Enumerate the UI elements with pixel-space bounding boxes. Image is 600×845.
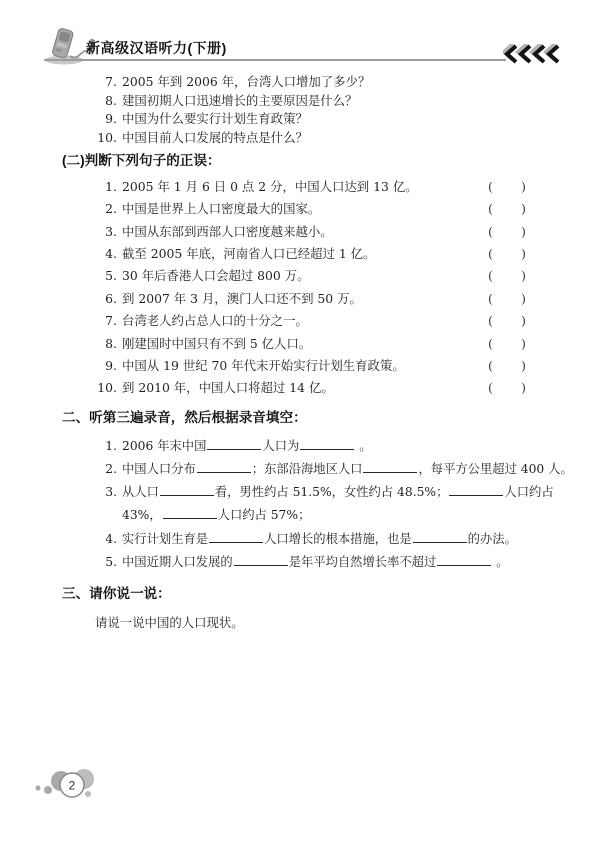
answer-paren-open: (	[488, 355, 493, 377]
answer-paren-open: (	[488, 198, 493, 220]
item-text: 到 2007 年 3 月，澳门人口还不到 50 万。	[122, 288, 488, 310]
item-number: 7.	[84, 310, 117, 332]
item-text: 2005 年 1 月 6 日 0 点 2 分，中国人口达到 13 亿。	[122, 176, 488, 198]
item-text: 台湾老人约占总人口的十分之一。	[122, 310, 488, 332]
textbook-page: 新高级汉语听力(下册) 7. 2005 年到 2006 年，台湾人口增加了多少？…	[0, 0, 600, 845]
answer-slot[interactable]: ( )	[488, 355, 526, 377]
true-false-list: 1. 2005 年 1 月 6 日 0 点 2 分，中国人口达到 13 亿。 (…	[84, 176, 572, 400]
answer-slot[interactable]: ( )	[488, 265, 526, 287]
item-text: 截至 2005 年底，河南省人口已经超过 1 亿。	[122, 243, 488, 265]
answer-slot[interactable]: ( )	[488, 333, 526, 355]
page-number: 2	[69, 779, 76, 793]
item-number: 2.	[84, 458, 117, 481]
answer-paren-close: )	[521, 310, 526, 332]
item-text: 中国从东部到西部人口密度越来越小。	[122, 221, 488, 243]
answer-paren-open: (	[488, 243, 493, 265]
item-number: 3.	[84, 481, 117, 527]
comprehension-question-list: 7. 2005 年到 2006 年，台湾人口增加了多少？ 8. 建国初期人口迅速…	[84, 73, 572, 148]
answer-paren-open: (	[488, 265, 493, 287]
fill-blank-item: 4. 实行计划生育是人口增长的根本措施，也是的办法。	[84, 528, 586, 551]
answer-paren-close: )	[521, 288, 526, 310]
answer-paren-open: (	[488, 333, 493, 355]
item-number: 1.	[84, 435, 117, 458]
answer-slot[interactable]: ( )	[488, 176, 526, 198]
answer-slot[interactable]: ( )	[488, 377, 526, 399]
fill-blank-line[interactable]	[413, 532, 467, 542]
page-content: 7. 2005 年到 2006 年，台湾人口增加了多少？ 8. 建国初期人口迅速…	[62, 73, 572, 633]
fill-blank-line[interactable]	[209, 532, 263, 542]
question-item: 8. 建国初期人口迅速增长的主要原因是什么？	[84, 92, 572, 111]
answer-paren-open: (	[488, 176, 493, 198]
fill-blank-line[interactable]	[197, 463, 251, 473]
item-text: 2005 年到 2006 年，台湾人口增加了多少？	[122, 73, 572, 92]
fill-blank-line[interactable]	[437, 555, 491, 565]
answer-slot[interactable]: ( )	[488, 243, 526, 265]
item-number: 10.	[84, 377, 117, 399]
true-false-item: 10. 到 2010 年，中国人口将超过 14 亿。 ( )	[84, 377, 572, 399]
true-false-item: 5. 30 年后香港人口会超过 800 万。 ( )	[84, 265, 572, 287]
speaking-section-heading: 三、请你说一说：	[62, 583, 572, 605]
item-number: 3.	[84, 221, 117, 243]
item-number: 4.	[84, 528, 117, 551]
answer-paren-close: )	[521, 333, 526, 355]
item-number: 6.	[84, 288, 117, 310]
fill-blank-item: 5. 中国近期人口发展的是年平均自然增长率不超过 。	[84, 551, 586, 574]
answer-paren-open: (	[488, 310, 493, 332]
true-false-item: 7. 台湾老人约占总人口的十分之一。 ( )	[84, 310, 572, 332]
item-number: 8.	[84, 333, 117, 355]
fill-blank-line[interactable]	[160, 486, 214, 496]
item-number: 5.	[84, 265, 117, 287]
answer-paren-close: )	[521, 243, 526, 265]
answer-slot[interactable]: ( )	[488, 310, 526, 332]
answer-paren-open: (	[488, 288, 493, 310]
true-false-item: 3. 中国从东部到西部人口密度越来越小。 ( )	[84, 221, 572, 243]
true-false-item: 4. 截至 2005 年底，河南省人口已经超过 1 亿。 ( )	[84, 243, 572, 265]
item-number: 5.	[84, 551, 117, 574]
header-divider	[44, 59, 506, 61]
fill-blank-line[interactable]	[449, 486, 503, 496]
fill-blank-line[interactable]	[207, 439, 261, 449]
item-text: 实行计划生育是人口增长的根本措施，也是的办法。	[122, 528, 586, 551]
question-item: 10. 中国目前人口发展的特点是什么？	[84, 129, 572, 148]
fill-blank-line[interactable]	[163, 509, 217, 519]
book-title: 新高级汉语听力(下册)	[86, 38, 227, 58]
fill-blank-section-heading: 二、听第三遍录音，然后根据录音填空：	[62, 407, 572, 429]
item-text: 中国人口分布；东部沿海地区人口，每平方公里超过 400 人。	[122, 458, 586, 481]
item-text: 刚建国时中国只有不到 5 亿人口。	[122, 333, 488, 355]
fill-blank-item: 3. 从人口看，男性约占 51.5%，女性约占 48.5%；人口约占 43%，人…	[84, 481, 586, 527]
true-false-item: 8. 刚建国时中国只有不到 5 亿人口。 ( )	[84, 333, 572, 355]
question-item: 9. 中国为什么要实行计划生育政策？	[84, 110, 572, 129]
item-number: 9.	[84, 355, 117, 377]
item-number: 8.	[84, 92, 117, 111]
true-false-item: 2. 中国是世界上人口密度最大的国家。 ( )	[84, 198, 572, 220]
fill-blank-line[interactable]	[363, 463, 417, 473]
left-chevrons-icon	[503, 44, 565, 64]
item-text: 中国目前人口发展的特点是什么？	[122, 129, 572, 148]
answer-paren-close: )	[521, 198, 526, 220]
answer-paren-close: )	[521, 221, 526, 243]
fill-blank-item: 1. 2006 年末中国人口为 。	[84, 435, 586, 458]
item-number: 7.	[84, 73, 117, 92]
fill-blank-item: 2. 中国人口分布；东部沿海地区人口，每平方公里超过 400 人。	[84, 458, 586, 481]
fill-blank-line[interactable]	[300, 439, 354, 449]
answer-paren-close: )	[521, 176, 526, 198]
true-false-item: 6. 到 2007 年 3 月，澳门人口还不到 50 万。 ( )	[84, 288, 572, 310]
answer-paren-close: )	[521, 355, 526, 377]
item-number: 4.	[84, 243, 117, 265]
true-false-section-heading: (二)判断下列句子的正误：	[62, 151, 572, 171]
item-text: 2006 年末中国人口为 。	[122, 435, 586, 458]
item-number: 1.	[84, 176, 117, 198]
item-text: 从人口看，男性约占 51.5%，女性约占 48.5%；人口约占 43%，人口约占…	[122, 481, 586, 527]
item-number: 10.	[84, 129, 117, 148]
item-text: 中国近期人口发展的是年平均自然增长率不超过 。	[122, 551, 586, 574]
item-number: 2.	[84, 198, 117, 220]
speaking-prompt: 请说一说中国的人口现状。	[95, 613, 572, 633]
true-false-item: 1. 2005 年 1 月 6 日 0 点 2 分，中国人口达到 13 亿。 (…	[84, 176, 572, 198]
answer-slot[interactable]: ( )	[488, 288, 526, 310]
item-text: 中国从 19 世纪 70 年代末开始实行计划生育政策。	[122, 355, 488, 377]
fill-blank-list: 1. 2006 年末中国人口为 。 2. 中国人口分布；东部沿海地区人口，每平方…	[84, 435, 586, 574]
item-text: 中国为什么要实行计划生育政策？	[122, 110, 572, 129]
answer-paren-close: )	[521, 377, 526, 399]
item-text: 中国是世界上人口密度最大的国家。	[122, 198, 488, 220]
page-number-badge: 2	[24, 764, 114, 814]
item-number: 9.	[84, 110, 117, 129]
question-item: 7. 2005 年到 2006 年，台湾人口增加了多少？	[84, 73, 572, 92]
item-text: 到 2010 年，中国人口将超过 14 亿。	[122, 377, 488, 399]
fill-blank-line[interactable]	[234, 555, 288, 565]
item-text: 建国初期人口迅速增长的主要原因是什么？	[122, 92, 572, 111]
answer-paren-close: )	[521, 265, 526, 287]
answer-paren-open: (	[488, 377, 493, 399]
true-false-item: 9. 中国从 19 世纪 70 年代末开始实行计划生育政策。 ( )	[84, 355, 572, 377]
answer-slot[interactable]: ( )	[488, 221, 526, 243]
answer-paren-open: (	[488, 221, 493, 243]
answer-slot[interactable]: ( )	[488, 198, 526, 220]
item-text: 30 年后香港人口会超过 800 万。	[122, 265, 488, 287]
